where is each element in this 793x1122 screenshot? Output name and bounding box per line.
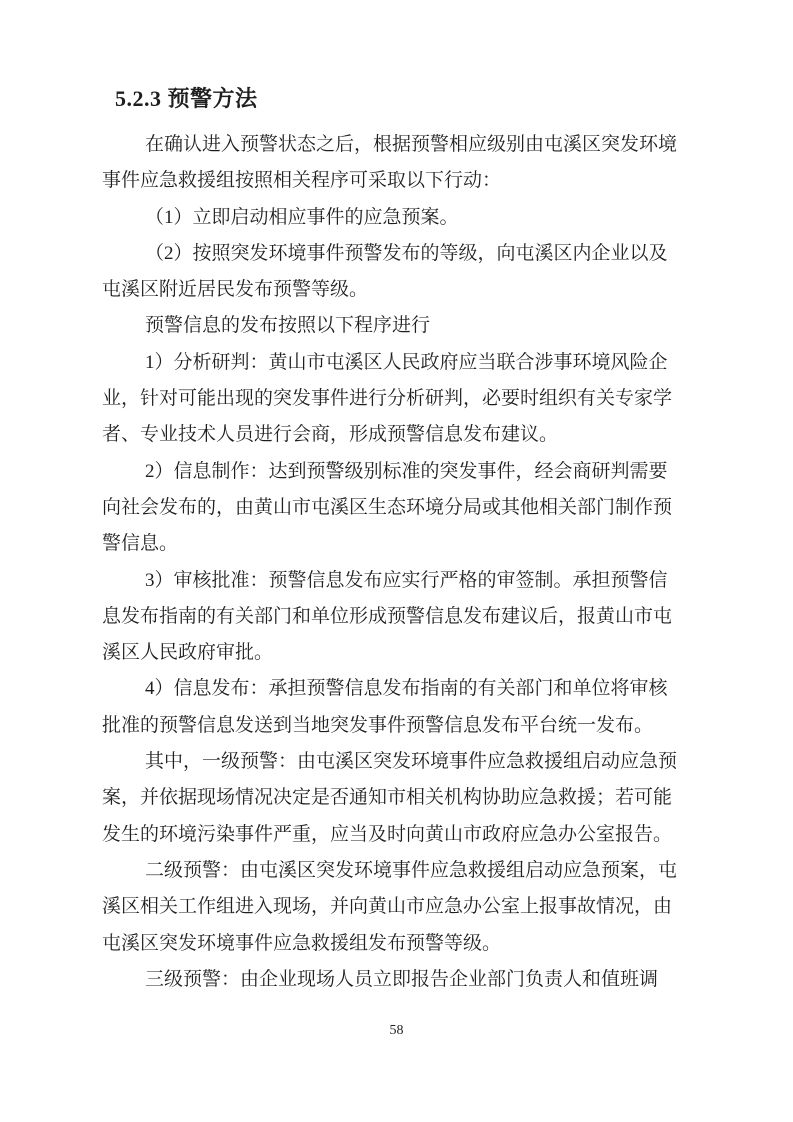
document-body: 在确认进入预警状态之后，根据预警相应级别由屯溪区突发环境事件应急救援组按照相关程… (102, 127, 676, 998)
text-line: 溪区相关工作组进入现场，并向黄山市应急办公室上报事故情况，由 (102, 889, 676, 925)
page-number: 58 (0, 1022, 793, 1040)
text-line: 者、专业技术人员进行会商，形成预警信息发布建议。 (102, 417, 676, 453)
text-line: 4）信息发布：承担预警信息发布指南的有关部门和单位将审核 (102, 671, 676, 707)
paragraph: 其中，一级预警：由屯溪区突发环境事件应急救援组启动应急预案，并依据现场情况决定是… (102, 744, 676, 853)
document-content: 5.2.3 预警方法 在确认进入预警状态之后，根据预警相应级别由屯溪区突发环境事… (102, 86, 676, 998)
paragraph: 3）审核批准：预警信息发布应实行严格的审签制。承担预警信息发布指南的有关部门和单… (102, 563, 676, 672)
text-line: 息发布指南的有关部门和单位形成预警信息发布建议后，报黄山市屯 (102, 599, 676, 635)
paragraph: 2）信息制作：达到预警级别标准的突发事件，经会商研判需要向社会发布的，由黄山市屯… (102, 454, 676, 563)
text-line: 屯溪区附近居民发布预警等级。 (102, 272, 676, 308)
text-line: 3）审核批准：预警信息发布应实行严格的审签制。承担预警信 (102, 563, 676, 599)
text-line: 1）分析研判：黄山市屯溪区人民政府应当联合涉事环境风险企 (102, 345, 676, 381)
paragraph: （1）立即启动相应事件的应急预案。 (102, 200, 676, 236)
text-line: 案，并依据现场情况决定是否通知市相关机构协助应急救援；若可能 (102, 780, 676, 816)
text-line: 二级预警：由屯溪区突发环境事件应急救援组启动应急预案，屯 (102, 853, 676, 889)
text-line: 溪区人民政府审批。 (102, 635, 676, 671)
paragraph: 4）信息发布：承担预警信息发布指南的有关部门和单位将审核批准的预警信息发送到当地… (102, 671, 676, 744)
paragraph: 1）分析研判：黄山市屯溪区人民政府应当联合涉事环境风险企业，针对可能出现的突发事… (102, 345, 676, 454)
text-line: 向社会发布的，由黄山市屯溪区生态环境分局或其他相关部门制作预 (102, 490, 676, 526)
text-line: 警信息。 (102, 526, 676, 562)
text-line: （1）立即启动相应事件的应急预案。 (102, 200, 676, 236)
text-line: 预警信息的发布按照以下程序进行 (102, 308, 676, 344)
paragraph: 预警信息的发布按照以下程序进行 (102, 308, 676, 344)
text-line: 发生的环境污染事件严重，应当及时向黄山市政府应急办公室报告。 (102, 817, 676, 853)
text-line: 批准的预警信息发送到当地突发事件预警信息发布平台统一发布。 (102, 708, 676, 744)
section-heading: 5.2.3 预警方法 (115, 86, 676, 112)
paragraph: 二级预警：由屯溪区突发环境事件应急救援组启动应急预案，屯溪区相关工作组进入现场，… (102, 853, 676, 962)
paragraph: （2）按照突发环境事件预警发布的等级，向屯溪区内企业以及屯溪区附近居民发布预警等… (102, 236, 676, 309)
document-page: 5.2.3 预警方法 在确认进入预警状态之后，根据预警相应级别由屯溪区突发环境事… (0, 0, 793, 1122)
text-line: 事件应急救援组按照相关程序可采取以下行动： (102, 163, 676, 199)
text-line: 其中，一级预警：由屯溪区突发环境事件应急救援组启动应急预 (102, 744, 676, 780)
text-line: 在确认进入预警状态之后，根据预警相应级别由屯溪区突发环境 (102, 127, 676, 163)
text-line: 屯溪区突发环境事件应急救援组发布预警等级。 (102, 926, 676, 962)
text-line: 2）信息制作：达到预警级别标准的突发事件，经会商研判需要 (102, 454, 676, 490)
text-line: （2）按照突发环境事件预警发布的等级，向屯溪区内企业以及 (102, 236, 676, 272)
paragraph: 三级预警：由企业现场人员立即报告企业部门负责人和值班调 (102, 962, 676, 998)
paragraph: 在确认进入预警状态之后，根据预警相应级别由屯溪区突发环境事件应急救援组按照相关程… (102, 127, 676, 200)
text-line: 三级预警：由企业现场人员立即报告企业部门负责人和值班调 (102, 962, 676, 998)
text-line: 业，针对可能出现的突发事件进行分析研判，必要时组织有关专家学 (102, 381, 676, 417)
